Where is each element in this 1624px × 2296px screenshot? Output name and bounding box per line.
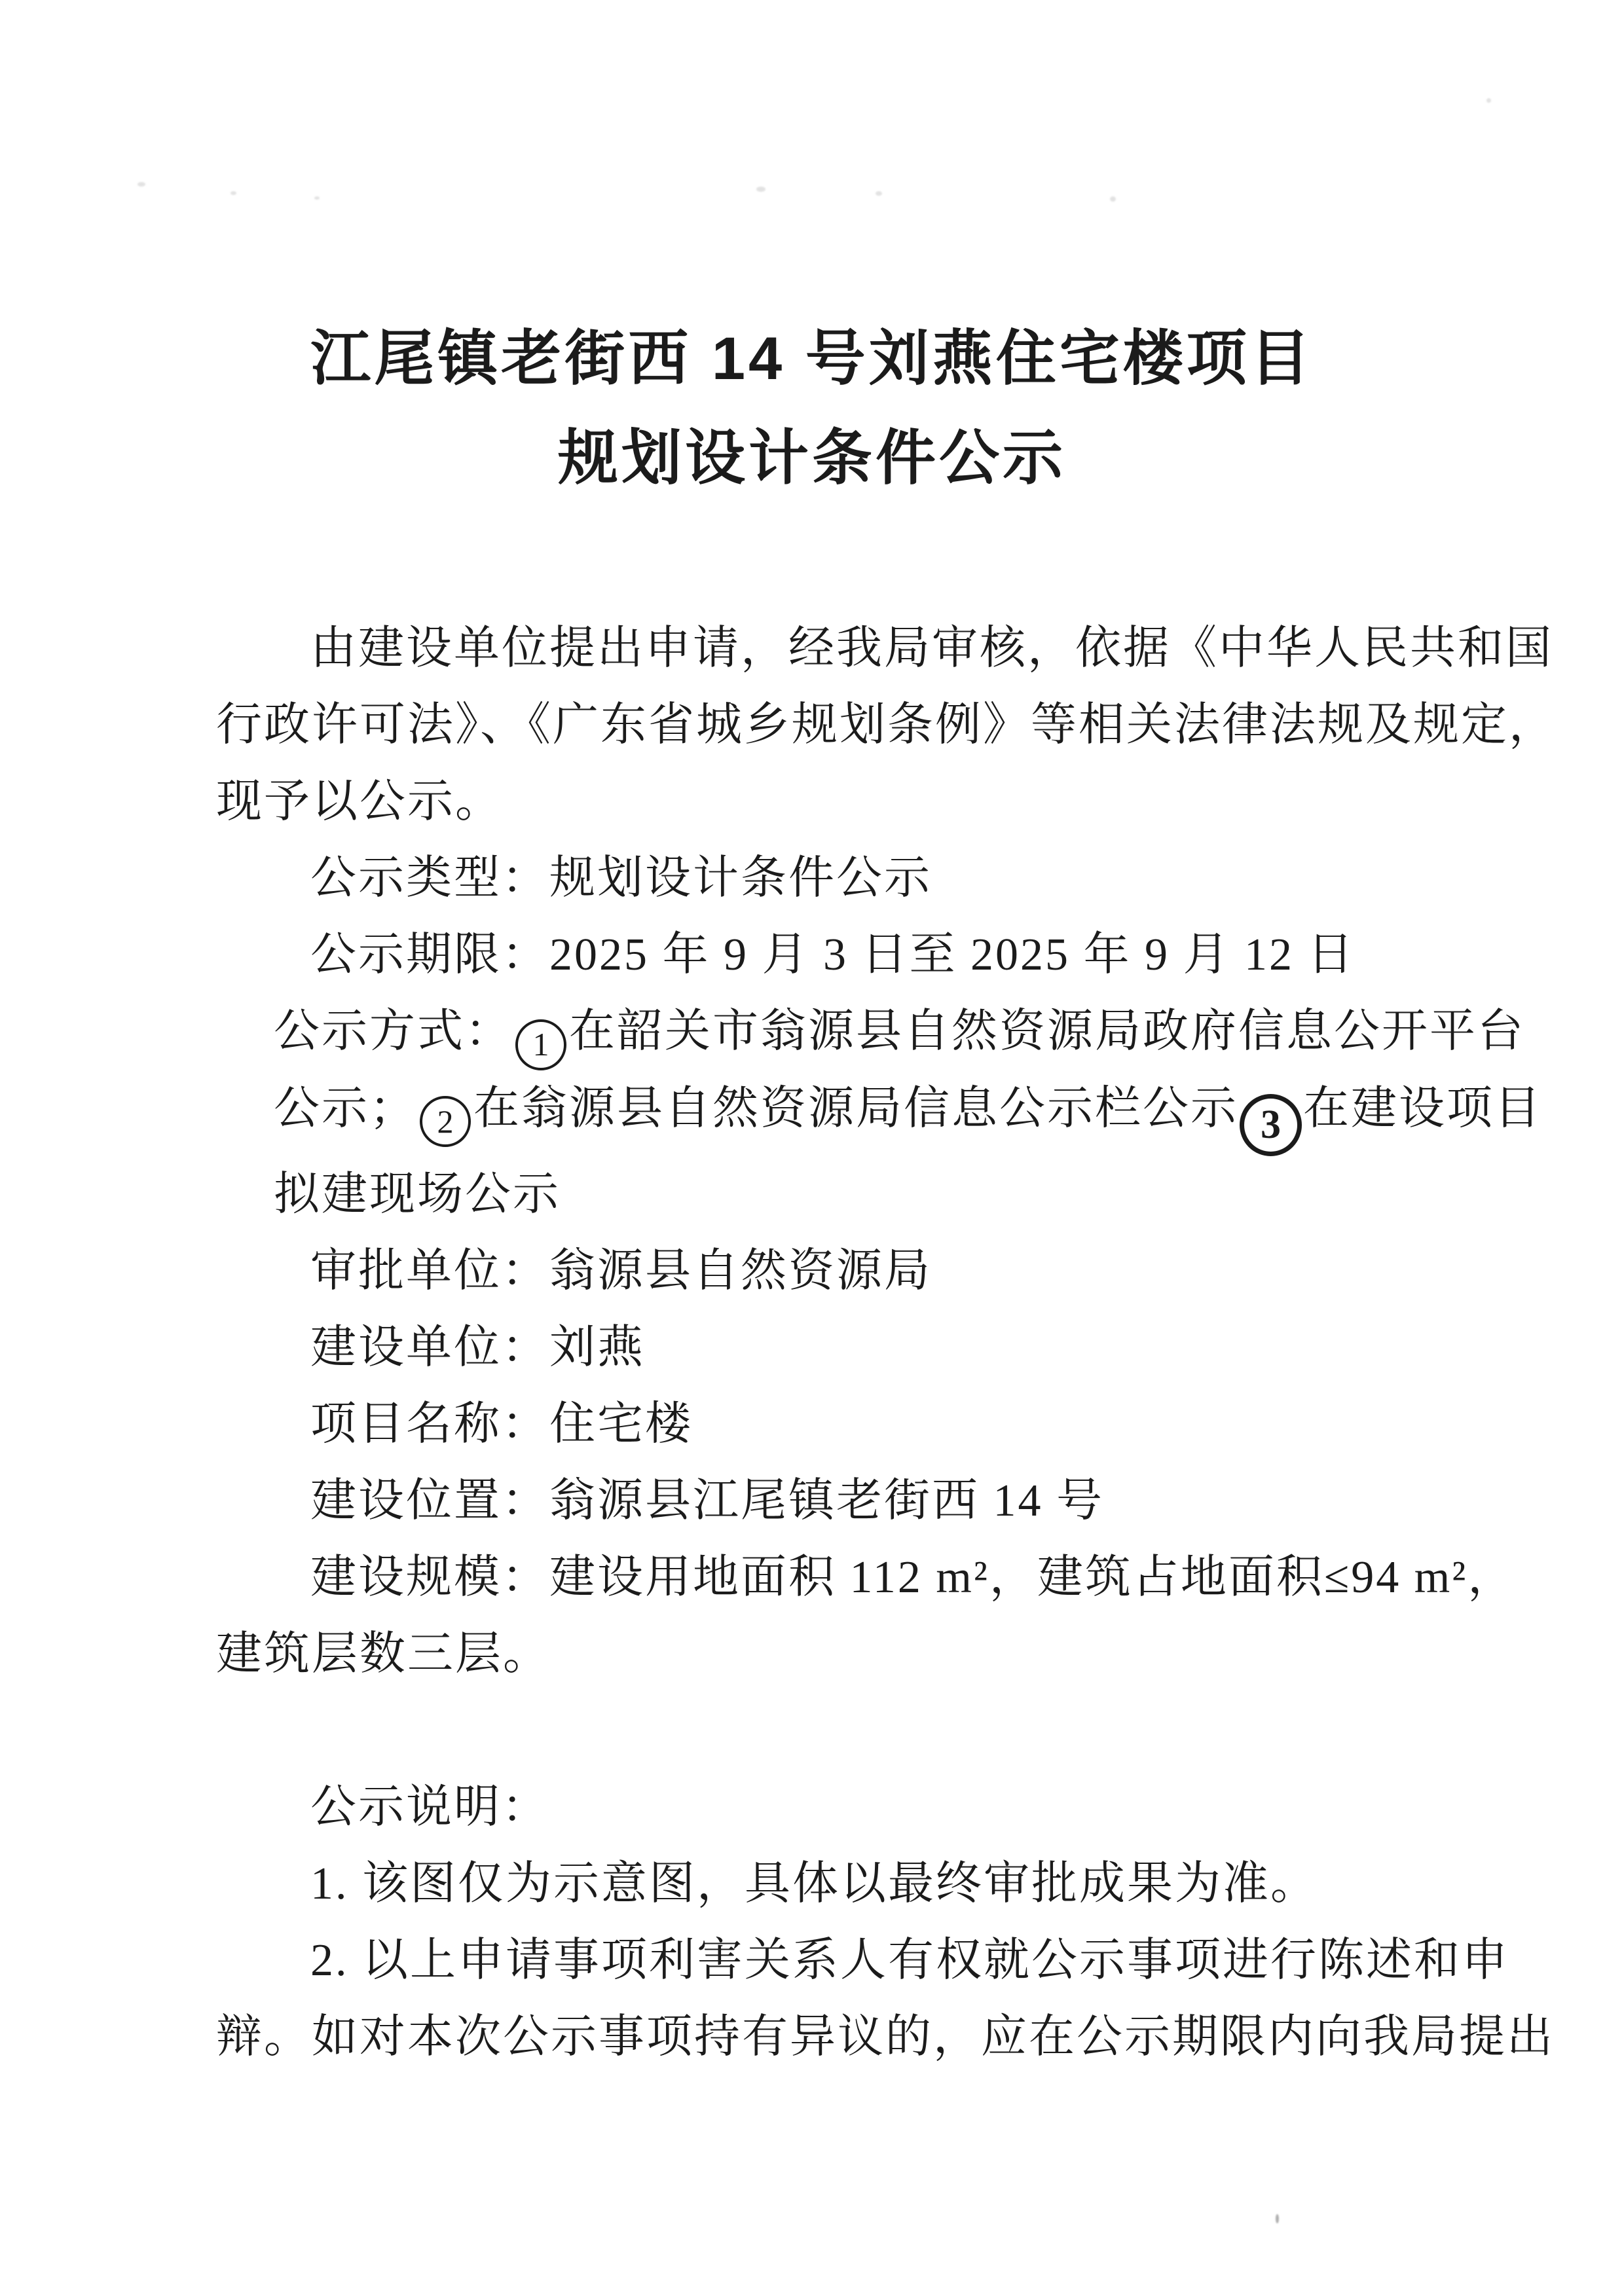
body-line: 审批单位：翁源县自然资源局	[216, 1233, 1428, 1309]
text-segment: 公示；	[274, 1084, 417, 1134]
body-line: 公示方式：1在韶关市翁源县自然资源局政府信息公开平台	[216, 993, 1428, 1070]
body-line: 建设规模：建设用地面积 112 m²，建筑占地面积≤94 m²，	[216, 1539, 1428, 1616]
circled-number-2: 2	[420, 1096, 471, 1147]
text-segment: 公示方式：	[274, 1006, 513, 1057]
scan-speck	[231, 191, 236, 195]
document-body: 由建设单位提出申请，经我局审核，依据《中华人民共和国行政许可法》、《广东省城乡规…	[0, 610, 1624, 2075]
text-segment: 在翁源县自然资源局信息公示栏公示	[473, 1084, 1238, 1134]
title-line-2: 规划设计条件公示	[0, 409, 1624, 508]
body-line: 公示期限：2025 年 9 月 3 日至 2025 年 9 月 12 日	[216, 917, 1428, 993]
circled-number-1: 1	[515, 1019, 566, 1070]
body-line: 公示类型：规划设计条件公示	[216, 840, 1428, 917]
scan-speck	[756, 187, 766, 192]
body-line: 2. 以上申请事项利害关系人有权就公示事项进行陈述和申	[216, 1922, 1428, 1999]
body-line: 1. 该图仅为示意图，具体以最终审批成果为准。	[216, 1846, 1428, 1922]
blank-line	[216, 1692, 1428, 1769]
scan-speck	[1276, 2214, 1279, 2223]
circled-number-3: 3	[1240, 1094, 1302, 1156]
scan-speck	[1486, 98, 1491, 103]
scan-speck	[876, 191, 882, 196]
body-line: 由建设单位提出申请，经我局审核，依据《中华人民共和国	[216, 610, 1428, 687]
body-line: 现予以公示。	[216, 763, 1428, 840]
text-segment: 在建设项目	[1303, 1084, 1542, 1134]
body-line: 建筑层数三层。	[216, 1616, 1428, 1692]
scan-speck	[1110, 196, 1116, 202]
document-title: 江尾镇老街西 14 号刘燕住宅楼项目 规划设计条件公示	[0, 0, 1624, 508]
title-line-1: 江尾镇老街西 14 号刘燕住宅楼项目	[0, 309, 1624, 409]
text-segment: 在韶关市翁源县自然资源局政府信息公开平台	[569, 1006, 1525, 1057]
scan-speck	[314, 196, 320, 200]
body-line: 建设单位：刘燕	[216, 1309, 1428, 1386]
body-line: 公示说明：	[216, 1769, 1428, 1846]
body-line: 项目名称：住宅楼	[216, 1386, 1428, 1463]
body-line: 公示；2在翁源县自然资源局信息公示栏公示3在建设项目	[216, 1070, 1428, 1156]
scanned-notice-page: 江尾镇老街西 14 号刘燕住宅楼项目 规划设计条件公示 由建设单位提出申请，经我…	[0, 0, 1624, 2296]
scan-speck	[138, 182, 145, 187]
body-line: 拟建现场公示	[216, 1156, 1428, 1233]
body-line: 行政许可法》、《广东省城乡规划条例》等相关法律法规及规定，	[216, 687, 1428, 763]
body-line: 建设位置：翁源县江尾镇老街西 14 号	[216, 1463, 1428, 1539]
body-line: 辩。如对本次公示事项持有异议的，应在公示期限内向我局提出	[216, 1999, 1428, 2075]
